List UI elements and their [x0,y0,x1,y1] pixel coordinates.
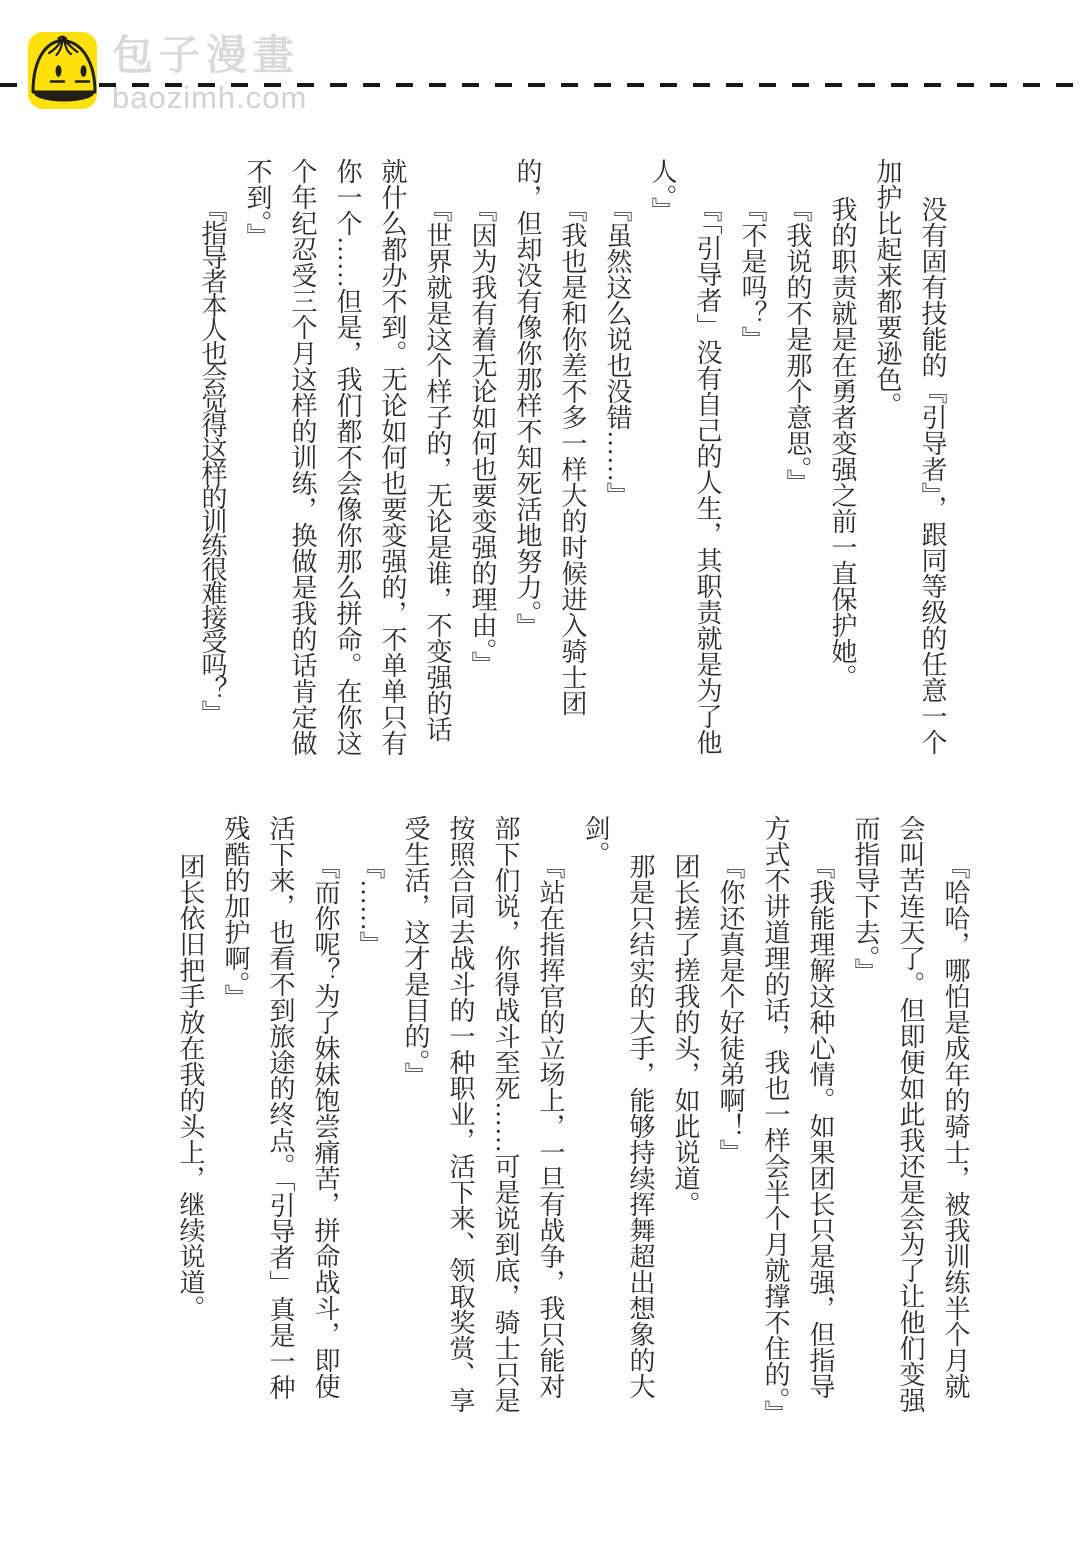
paragraph: 『我也是和你差不多一样大的时候进入骑士团的，但却没有像你那样不知死活地努力。』 [505,158,595,758]
paragraph: 『哈哈，哪怕是成年的骑士，被我训练半个月就会叫苦连天了。但即便如此我还是会为了让… [843,815,978,1415]
paragraph: 我的职责就是在勇者变强之前一直保护她。 [820,158,865,758]
paragraph: 『不是吗？』 [730,158,775,758]
paragraph: 团长依旧把手放在我的头上，继续说道。 [168,815,213,1415]
paragraph: 『而你呢？为了妹妹饱尝痛苦，拼命战斗，即使活下来，也看不到旅途的终点。「引导者」… [213,815,348,1415]
paragraph: 『你还真是个好徒弟啊！』 [708,815,753,1415]
baozi-logo [28,32,97,109]
paragraph: 『「引导者」没有自己的人生，其职责就是为了他人。』 [640,158,730,758]
paragraph: 那是只结实的大手，能够持续挥舞超出想象的大剑。 [573,815,663,1415]
paragraph: 『我说的不是那个意思。』 [775,158,820,758]
brand-name-text: 包子漫畫 [112,33,300,77]
text-block-top: 没有固有技能的『引导者』，跟同等级的任意一个加护比起来都要逊色。 我的职责就是在… [190,158,955,758]
paragraph: 『我能理解这种心情。如果团长只是强，但指导方式不讲道理的话，我也一样会半个月就撑… [753,815,843,1415]
paragraph: 『指导者本人也会觉得这样的训练很难接受吗？』 [190,158,235,758]
paragraph: 『因为我有着无论如何也要变强的理由。』 [460,158,505,758]
paragraph: 『站在指挥官的立场上，一旦有战争，我只能对部下们说，你得战斗至死……可是说到底，… [393,815,573,1415]
paragraph: 『虽然这么说也没错……』 [595,158,640,758]
dashed-divider-line [0,83,1088,87]
text-block-bottom: 『哈哈，哪怕是成年的骑士，被我训练半个月就会叫苦连天了。但即便如此我还是会为了让… [168,815,978,1415]
baozi-mascot-icon [28,32,97,109]
paragraph: 『……』 [348,815,393,1415]
paragraph: 没有固有技能的『引导者』，跟同等级的任意一个加护比起来都要逊色。 [865,158,955,758]
paragraph: 团长搓了搓我的头，如此说道。 [663,815,708,1415]
paragraph: 『世界就是这个样子的，无论是谁，不变强的话就什么都办不到。无论如何也要变强的，不… [235,158,460,758]
novel-page: 包子漫畫 baozimh.com 没有固有技能的『引导者』，跟同等级的任意一个加… [0,0,1088,1547]
